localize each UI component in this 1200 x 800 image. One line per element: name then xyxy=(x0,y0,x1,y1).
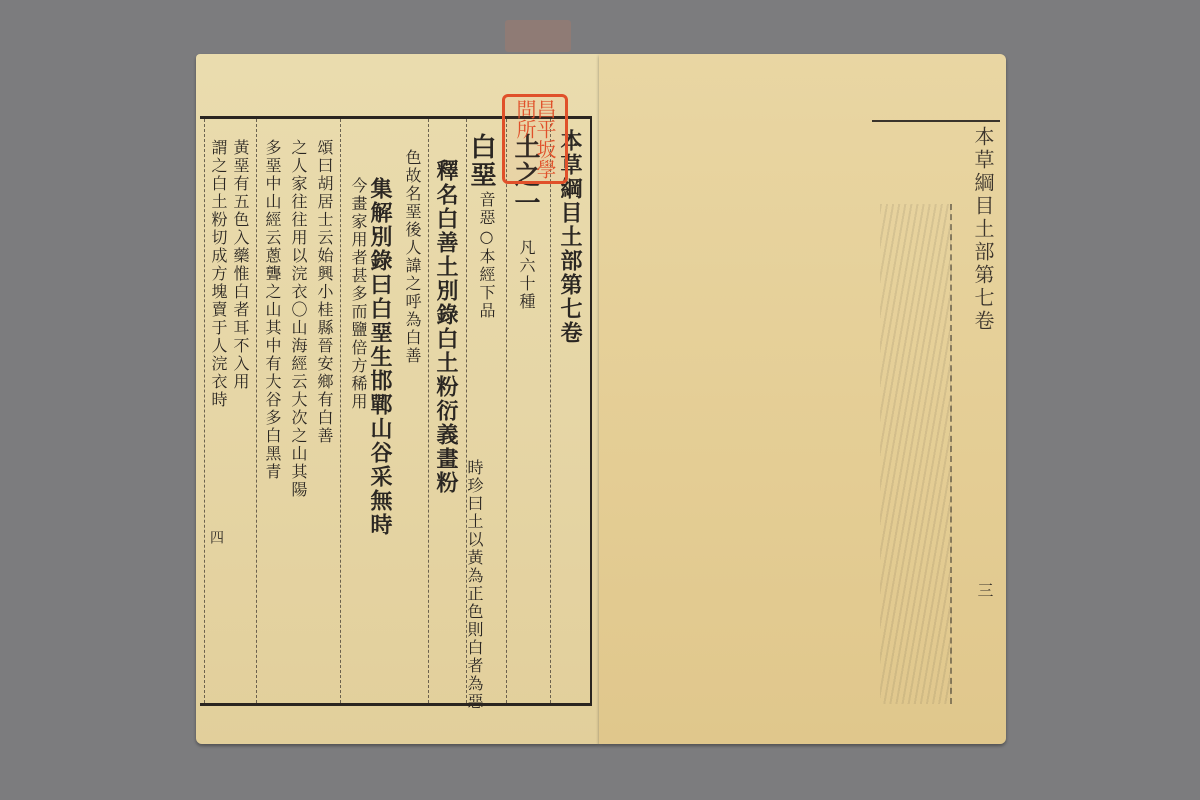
count-column: 凡六十種 xyxy=(515,239,538,697)
text-column-7: 之人家往往用以浣衣〇山海經云大次之山其陽 xyxy=(287,139,310,697)
open-book: 本草綱目土部第七卷 土之一 凡六十種 白堊 音惡○本經下品 釋名白善土別錄白土粉… xyxy=(196,54,1006,744)
page-number: 四 xyxy=(206,530,226,544)
seal-reflection xyxy=(505,20,571,52)
text-column-8: 多堊中山經云蔥聾之山其中有大谷多白黑青 xyxy=(261,139,284,697)
ink-smudge xyxy=(880,204,952,704)
title-column: 本草綱目土部第七卷 xyxy=(555,129,586,697)
text-column-2: 時珍曰土以黃為正色則白者為惡 xyxy=(463,459,486,697)
text-column-5: 今畫家用者甚多而鹽倍方稀用 xyxy=(347,177,370,697)
text-column-9: 黃堊有五色入藥惟白者耳不入用 xyxy=(229,139,252,697)
left-page: 本草綱目土部第七卷 土之一 凡六十種 白堊 音惡○本經下品 釋名白善土別錄白土粉… xyxy=(196,54,599,744)
text-column-1: 釋名白善土別錄白土粉衍義畫粉 xyxy=(431,159,462,697)
collector-seal: 昌平坂學問所 xyxy=(502,94,568,184)
text-column-10: 謂之白土粉切成方塊賣于人浣衣時 xyxy=(207,139,230,697)
printed-frame: 本草綱目土部第七卷 土之一 凡六十種 白堊 音惡○本經下品 釋名白善土別錄白土粉… xyxy=(200,116,592,706)
text-column-3: 色故名堊後人諱之呼為白善 xyxy=(401,149,424,697)
show-through-page-number: 三 xyxy=(973,582,996,598)
text-column-6: 頌曰胡居士云始興小桂縣晉安鄉有白善 xyxy=(313,139,336,697)
show-through-title: 本草綱目土部第七卷 xyxy=(969,126,998,333)
